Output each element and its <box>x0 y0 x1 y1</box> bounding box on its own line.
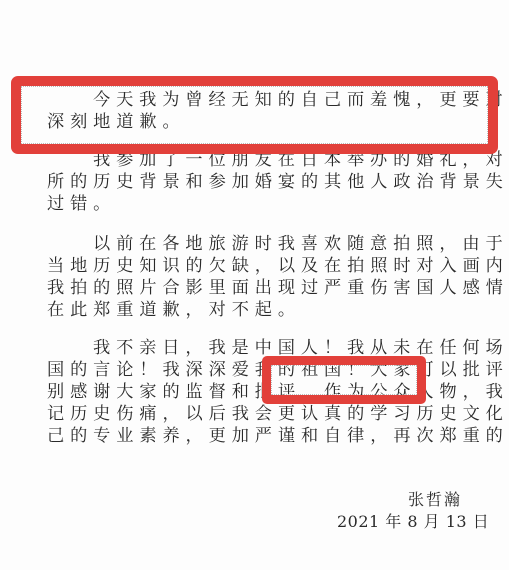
paragraph-2-line-1: 以前在各地旅游时我喜欢随意拍照，由于对当地建筑物 <box>93 233 509 255</box>
paragraph-2-line-2: 当地历史知识的欠缺，以及在拍照时对入画内容的不谨慎， <box>47 255 467 277</box>
highlight-callout-box <box>11 76 498 154</box>
paragraph-2-line-4: 在此郑重道歉，对不起。 <box>47 299 467 321</box>
date: 2021 年 8 月 13 日 <box>337 511 489 533</box>
highlight-phrase-callout-box <box>262 356 426 404</box>
paragraph-3-line-4: 记历史伤痛，以后我会更认真的学习历史文化知识，丰富自 <box>47 403 467 425</box>
callout-inner-outline <box>21 86 488 144</box>
signature: 张哲瀚 <box>408 489 462 511</box>
callout-inner-outline <box>271 365 417 395</box>
paragraph-1-line-2: 所的历史背景和参加婚宴的其他人政治背景失察，这是我的 <box>47 171 467 193</box>
paragraph-1-line-3: 过错。 <box>47 193 467 215</box>
paragraph-3-line-5: 己的专业素养，更加严谨和自律，再次郑重的道歉。 <box>47 425 467 447</box>
paragraph-2-line-3: 我拍的照片合影里面出现过严重伤害国人感情的内容，我也 <box>47 277 467 299</box>
